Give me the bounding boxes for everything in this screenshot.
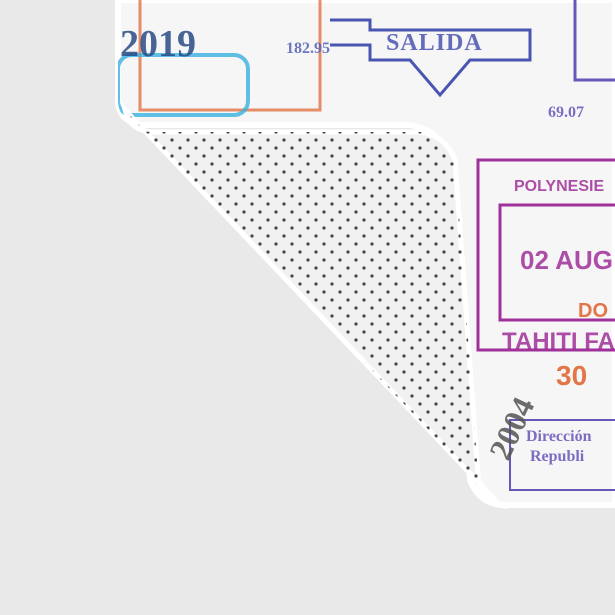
bath-mat-photo: [0, 0, 615, 615]
stamp-salida: SALIDA: [386, 30, 483, 57]
stamp-date: 02 AUG: [520, 245, 613, 276]
stamp-do: DO: [578, 300, 608, 323]
stamp-polynesie: POLYNESIE: [514, 178, 604, 196]
stamp-republica: Republi: [530, 448, 584, 466]
stamp-year: 2019: [120, 22, 196, 66]
stamp-direccion: Dirección: [526, 428, 591, 446]
stamp-amount-2: 69.07: [548, 104, 584, 122]
stamp-amount: 182.95: [286, 40, 330, 58]
stamp-day: 30: [556, 360, 587, 392]
stamp-tahiti: TAHITI FA: [502, 328, 615, 356]
